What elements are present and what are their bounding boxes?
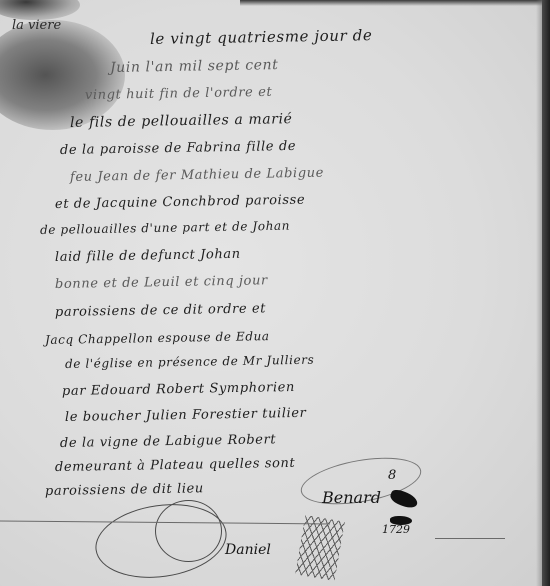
text-line: le vingt quatriesme jour de [150,26,373,48]
text-line: de l'église en présence de Mr Julliers [65,353,315,371]
signature-paraph-hatch [295,515,345,581]
date-mark: 1729 [382,523,410,536]
margin-note: la viere [12,18,61,33]
text-line: Juin l'an mil sept cent [110,57,279,76]
text-line: paroissiens de dit lieu [45,481,204,499]
text-line: vingt huit fin de l'ordre et [85,85,273,103]
text-line: paroissiens de ce dit ordre et [55,301,266,320]
manuscript-page: la viere le vingt quatriesme jour deJuin… [0,0,550,586]
text-line: feu Jean de fer Mathieu de Labigue [70,166,324,185]
text-line: bonne et de Leuil et cinq jour [55,273,268,292]
ink-blot-signature [388,488,419,511]
text-line: le boucher Julien Forestier tuilier [65,406,307,425]
signature-flourish-loop [155,500,222,562]
ink-blot-date [390,516,412,525]
ink-stain-top [0,0,80,20]
signature-tail-line [435,538,505,539]
text-line: de la vigne de Labigue Robert [60,432,276,451]
text-line: le fils de pellouailles a marié [70,111,293,131]
page-top-edge [240,0,550,6]
signature-daniel: Daniel [225,542,271,558]
text-line: de pellouailles d'une part et de Johan [40,219,290,237]
text-line: et de Jacquine Conchbrod paroisse [55,193,305,212]
number-mark: 8 [388,468,396,483]
text-line: laid fille de defunct Johan [55,247,241,265]
text-line: de la paroisse de Fabrina fille de [60,139,296,158]
text-line: Jacq Chappellon espouse de Edua [45,329,270,347]
page-right-edge [542,0,550,586]
signature-benard: Benard [322,488,381,507]
text-line: par Edouard Robert Symphorien [62,380,295,399]
text-line: demeurant à Plateau quelles sont [55,456,296,475]
